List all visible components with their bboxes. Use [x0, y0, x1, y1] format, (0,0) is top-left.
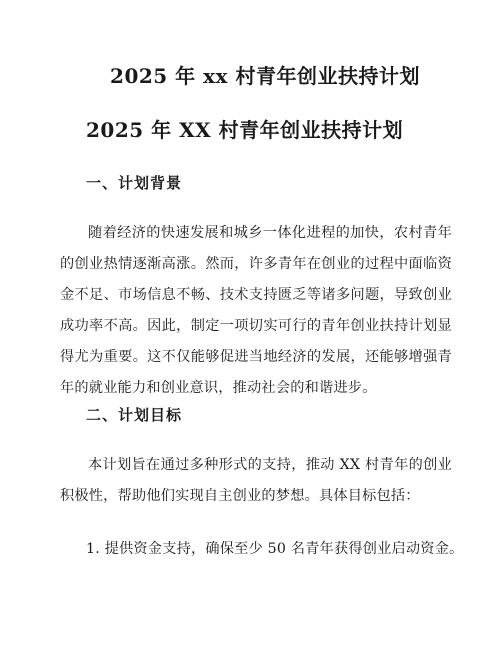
document-subtitle: 2025 年 XX 村青年创业扶持计划	[86, 114, 403, 143]
document-page: 2025 年 xx 村青年创业扶持计划 2025 年 XX 村青年创业扶持计划 …	[0, 0, 500, 647]
section-paragraph-background: 随着经济的快速发展和城乡一体化进程的加快，农村青年的创业热情逐渐高涨。然而，许多…	[60, 218, 452, 404]
document-title: 2025 年 xx 村青年创业扶持计划	[0, 60, 500, 89]
section-heading-background: 一、计划背景	[86, 172, 182, 193]
section-heading-goals: 二、计划目标	[86, 404, 182, 425]
section-paragraph-goals: 本计划旨在通过多种形式的支持，推动 XX 村青年的创业积极性，帮助他们实现自主创…	[60, 450, 452, 512]
goal-list-item: 1. 提供资金支持，确保至少 50 名青年获得创业启动资金。	[86, 538, 463, 558]
